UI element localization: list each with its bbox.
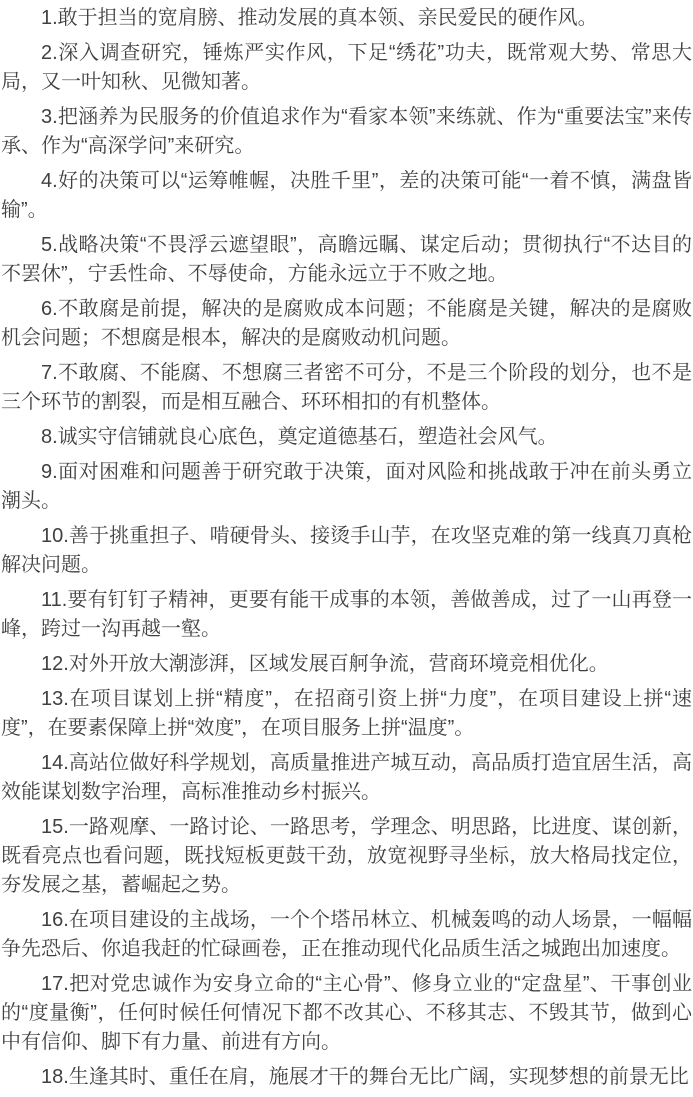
paragraph-14: 14.高站位做好科学规划，高质量推进产城互动，高品质打造宜居生活，高效能谋划数字… — [1, 749, 692, 807]
paragraph-16: 16.在项目建设的主战场，一个个塔吊林立、机械轰鸣的动人场景，一幅幅争先恐后、你… — [1, 906, 692, 964]
paragraph-13: 13.在项目谋划上拼“精度”，在招商引资上拼“力度”，在项目建设上拼“速度”，在… — [1, 685, 692, 743]
paragraph-10: 10.善于挑重担子、啃硬骨头、接烫手山芋，在攻坚克难的第一线真刀真枪解决问题。 — [1, 522, 692, 580]
paragraph-12: 12.对外开放大潮澎湃，区域发展百舸争流，营商环境竞相优化。 — [1, 650, 692, 679]
paragraph-8: 8.诚实守信铺就良心底色，奠定道德基石，塑造社会风气。 — [1, 423, 692, 452]
paragraph-4: 4.好的决策可以“运筹帷幄，决胜千里”，差的决策可能“一着不慎，满盘皆输”。 — [1, 167, 692, 225]
paragraph-15: 15.一路观摩、一路讨论、一路思考，学理念、明思路，比进度、谋创新，既看亮点也看… — [1, 813, 692, 900]
paragraph-7: 7.不敢腐、不能腐、不想腐三者密不可分，不是三个阶段的划分，也不是三个环节的割裂… — [1, 359, 692, 417]
paragraph-5: 5.战略决策“不畏浮云遮望眼”，高瞻远瞩、谋定后动；贯彻执行“不达目的不罢休”，… — [1, 231, 692, 289]
paragraph-9: 9.面对困难和问题善于研究敢于决策，面对风险和挑战敢于冲在前头勇立潮头。 — [1, 458, 692, 516]
paragraph-6: 6.不敢腐是前提，解决的是腐败成本问题；不能腐是关键，解决的是腐败机会问题；不想… — [1, 295, 692, 353]
paragraph-1: 1.敢于担当的宽肩膀、推动发展的真本领、亲民爱民的硬作风。 — [1, 4, 692, 33]
paragraph-18: 18.生逢其时、重任在肩，施展才干的舞台无比广阔，实现梦想的前景无比 — [1, 1063, 692, 1092]
paragraph-11: 11.要有钉钉子精神，更要有能干成事的本领，善做善成，过了一山再登一峰，跨过一沟… — [1, 586, 692, 644]
paragraph-3: 3.把涵养为民服务的价值追求作为“看家本领”来练就、作为“重要法宝”来传承、作为… — [1, 103, 692, 161]
paragraph-17: 17.把对党忠诚作为安身立命的“主心骨”、修身立业的“定盘星”、干事创业的“度量… — [1, 970, 692, 1057]
paragraph-2: 2.深入调查研究，锤炼严实作风，下足“绣花”功夫，既常观大势、常思大局，又一叶知… — [1, 39, 692, 97]
article-text: 1.敢于担当的宽肩膀、推动发展的真本领、亲民爱民的硬作风。2.深入调查研究，锤炼… — [0, 0, 693, 1092]
